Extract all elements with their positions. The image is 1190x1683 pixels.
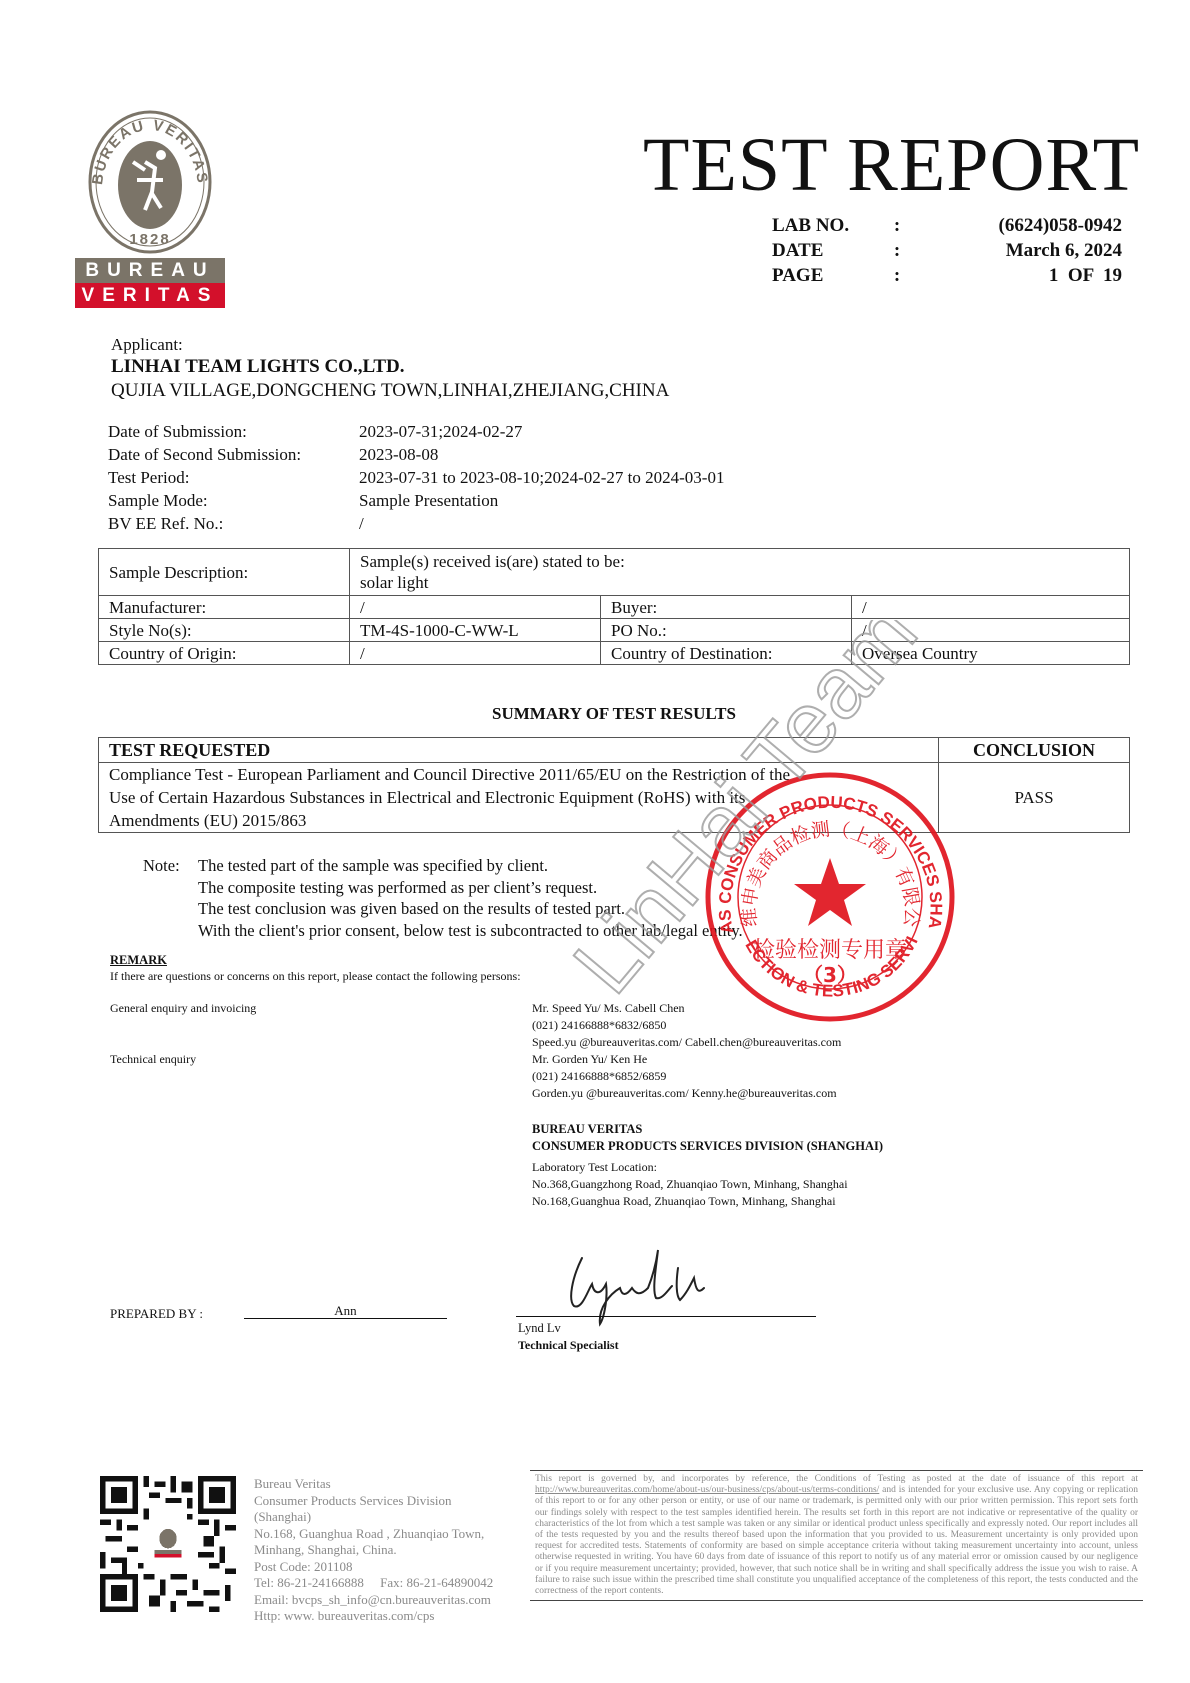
info-key: Sample Mode: bbox=[108, 489, 359, 512]
description-line: solar light bbox=[360, 572, 1119, 593]
table-row: Style No(s): TM-4S-1000-C-WW-L PO No.: / bbox=[99, 619, 1130, 642]
cell-value: Oversea Country bbox=[852, 642, 1130, 665]
table-row: Manufacturer: / Buyer: / bbox=[99, 596, 1130, 619]
meta-value: March 6, 2024 bbox=[912, 238, 1122, 263]
applicant-address: QUJIA VILLAGE,DONGCHENG TOWN,LINHAI,ZHEJ… bbox=[111, 379, 669, 403]
svg-text:检验检测专用章: 检验检测专用章 bbox=[753, 938, 907, 963]
meta-colon: : bbox=[882, 238, 912, 263]
sample-description-value: Sample(s) received is(are) stated to be:… bbox=[350, 549, 1130, 596]
address-line: Post Code: 201108 bbox=[254, 1559, 493, 1576]
contact-name: Mr. Gorden Yu/ Ken He bbox=[532, 1051, 841, 1068]
cell-key: PO No.: bbox=[601, 619, 852, 642]
table-row: Compliance Test - European Parliament an… bbox=[99, 763, 1130, 833]
note-line: With the client's prior consent, below t… bbox=[198, 920, 743, 942]
description-line: Sample(s) received is(are) stated to be: bbox=[360, 551, 1119, 572]
remark-heading: REMARK bbox=[110, 953, 521, 968]
info-row: Date of Submission:2023-07-31;2024-02-27 bbox=[108, 420, 724, 443]
signer-name: Lynd Lv bbox=[518, 1320, 619, 1337]
lab-location-label: Laboratory Test Location: bbox=[532, 1159, 883, 1176]
info-key: Date of Submission: bbox=[108, 420, 359, 443]
meta-label: LAB NO. bbox=[772, 213, 882, 238]
sample-table: Sample Description: Sample(s) received i… bbox=[98, 548, 1130, 665]
meta-label: PAGE bbox=[772, 263, 882, 288]
meta-date: DATE : March 6, 2024 bbox=[772, 238, 1122, 263]
info-value: 2023-07-31 to 2023-08-10;2024-02-27 to 2… bbox=[359, 466, 724, 489]
table-row: Sample Description: Sample(s) received i… bbox=[99, 549, 1130, 596]
signature-line bbox=[516, 1316, 816, 1317]
cell-value: TM-4S-1000-C-WW-L bbox=[350, 619, 601, 642]
meta-page: PAGE : 1 OF 19 bbox=[772, 263, 1122, 288]
info-key: BV EE Ref. No.: bbox=[108, 512, 359, 535]
summary-title: SUMMARY OF TEST RESULTS bbox=[98, 704, 1130, 724]
info-row: Test Period:2023-07-31 to 2023-08-10;202… bbox=[108, 466, 724, 489]
terms-conditions-link[interactable]: http://www.bureauveritas.com/home/about-… bbox=[535, 1485, 879, 1495]
technical-enquiry-label: Technical enquiry bbox=[110, 1051, 256, 1068]
info-value: 2023-08-08 bbox=[359, 443, 438, 466]
address-line: (Shanghai) bbox=[254, 1509, 493, 1526]
submission-info: Date of Submission:2023-07-31;2024-02-27… bbox=[108, 420, 724, 535]
info-row: Date of Second Submission:2023-08-08 bbox=[108, 443, 724, 466]
cell-value: / bbox=[350, 642, 601, 665]
meta-value: 1 OF 19 bbox=[912, 263, 1122, 288]
header-conclusion: CONCLUSION bbox=[939, 738, 1130, 763]
info-row: Sample Mode:Sample Presentation bbox=[108, 489, 724, 512]
table-header-row: TEST REQUESTED CONCLUSION bbox=[99, 738, 1130, 763]
header-test-requested: TEST REQUESTED bbox=[99, 738, 939, 763]
lab-division: CONSUMER PRODUCTS SERVICES DIVISION (SHA… bbox=[532, 1138, 883, 1155]
cell-value: / bbox=[852, 619, 1130, 642]
address-line: No.168, Guanghua Road , Zhuanqiao Town, bbox=[254, 1526, 493, 1543]
disclaimer-text: This report is governed by, and incorpor… bbox=[535, 1474, 1138, 1484]
address-line-website[interactable]: Http: www. bureauveritas.com/cps bbox=[254, 1608, 493, 1625]
svg-text:（3）: （3） bbox=[803, 963, 857, 987]
signature-icon bbox=[560, 1238, 730, 1328]
address-line: Bureau Veritas bbox=[254, 1476, 493, 1493]
notes-block: Note:The tested part of the sample was s… bbox=[143, 855, 743, 941]
sample-description-label: Sample Description: bbox=[99, 549, 350, 596]
note-line: The test conclusion was given based on t… bbox=[198, 898, 625, 920]
info-key: Test Period: bbox=[108, 466, 359, 489]
contact-email[interactable]: Gorden.yu @bureauveritas.com/ Kenny.he@b… bbox=[532, 1085, 841, 1102]
note-label: Note: bbox=[143, 855, 198, 877]
contact-phone: (021) 24166888*6852/6859 bbox=[532, 1068, 841, 1085]
remark-block: REMARK If there are questions or concern… bbox=[110, 953, 521, 985]
note-line: The tested part of the sample was specif… bbox=[198, 855, 548, 877]
logo-band-veritas: VERITAS bbox=[75, 283, 225, 308]
general-enquiry-label: General enquiry and invoicing bbox=[110, 1000, 256, 1017]
disclaimer: This report is governed by, and incorpor… bbox=[530, 1470, 1143, 1601]
footer-address: Bureau Veritas Consumer Products Service… bbox=[254, 1476, 493, 1625]
table-row: Country of Origin: / Country of Destinat… bbox=[99, 642, 1130, 665]
cell-key: Country of Origin: bbox=[99, 642, 350, 665]
contact-labels: General enquiry and invoicing Technical … bbox=[110, 1000, 256, 1068]
signer-title: Technical Specialist bbox=[518, 1337, 619, 1354]
lab-location: No.368,Guangzhong Road, Zhuanqiao Town, … bbox=[532, 1176, 883, 1193]
cell-value: / bbox=[350, 596, 601, 619]
meta-lab-no: LAB NO. : (6624)058-0942 bbox=[772, 213, 1122, 238]
prepared-by-label: PREPARED BY : bbox=[110, 1306, 203, 1322]
conclusion-cell: PASS bbox=[939, 763, 1130, 833]
cell-key: Country of Destination: bbox=[601, 642, 852, 665]
meta-colon: : bbox=[882, 263, 912, 288]
applicant-name: LINHAI TEAM LIGHTS CO.,LTD. bbox=[111, 355, 669, 379]
signer-block: Lynd Lv Technical Specialist bbox=[518, 1320, 619, 1354]
report-title: TEST REPORT bbox=[600, 120, 1140, 210]
logo-band-bureau: BUREAU bbox=[75, 258, 225, 283]
contact-email[interactable]: Speed.yu @bureauveritas.com/ Cabell.chen… bbox=[532, 1034, 841, 1051]
company-seal-stamp-icon: BUREAU VERITAS CONSUMER PRODUCTS SERVICE… bbox=[703, 770, 958, 1025]
lab-name: BUREAU VERITAS bbox=[532, 1121, 883, 1138]
applicant-block: Applicant: LINHAI TEAM LIGHTS CO.,LTD. Q… bbox=[111, 334, 669, 403]
svg-text:1828: 1828 bbox=[129, 231, 170, 248]
note-line: The composite testing was performed as p… bbox=[198, 877, 597, 899]
meta-value: (6624)058-0942 bbox=[912, 213, 1122, 238]
info-value: Sample Presentation bbox=[359, 489, 498, 512]
disclaimer-text: and is intended for your exclusive use. … bbox=[535, 1485, 1138, 1596]
cell-value: / bbox=[852, 596, 1130, 619]
bureau-veritas-logo: BUREAU VERITAS 1828 BUREAU VERITAS bbox=[75, 110, 225, 310]
prepared-by-line bbox=[244, 1318, 447, 1319]
remark-intro: If there are questions or concerns on th… bbox=[110, 968, 521, 985]
cell-key: Buyer: bbox=[601, 596, 852, 619]
info-value: 2023-07-31;2024-02-27 bbox=[359, 420, 522, 443]
info-value: / bbox=[359, 512, 364, 535]
lab-location: No.168,Guanghua Road, Zhuanqiao Town, Mi… bbox=[532, 1193, 883, 1210]
cell-key: Style No(s): bbox=[99, 619, 350, 642]
bv-emblem-icon: BUREAU VERITAS 1828 bbox=[75, 110, 225, 258]
cell-key: Manufacturer: bbox=[99, 596, 350, 619]
prepared-by-name: Ann bbox=[244, 1303, 447, 1319]
results-table: TEST REQUESTED CONCLUSION Compliance Tes… bbox=[98, 737, 1130, 833]
info-key: Date of Second Submission: bbox=[108, 443, 359, 466]
address-line: Minhang, Shanghai, China. bbox=[254, 1542, 493, 1559]
meta-colon: : bbox=[882, 213, 912, 238]
address-line-phone: Tel: 86-21-24166888 Fax: 86-21-64890042 bbox=[254, 1575, 493, 1592]
info-row: BV EE Ref. No.:/ bbox=[108, 512, 724, 535]
meta-label: DATE bbox=[772, 238, 882, 263]
address-line-email[interactable]: Email: bvcps_sh_info@cn.bureauveritas.co… bbox=[254, 1592, 493, 1609]
lab-block: BUREAU VERITAS CONSUMER PRODUCTS SERVICE… bbox=[532, 1121, 883, 1210]
applicant-label: Applicant: bbox=[111, 334, 669, 355]
qr-code-icon[interactable] bbox=[100, 1476, 236, 1612]
report-meta: LAB NO. : (6624)058-0942 DATE : March 6,… bbox=[772, 213, 1122, 288]
address-line: Consumer Products Services Division bbox=[254, 1493, 493, 1510]
